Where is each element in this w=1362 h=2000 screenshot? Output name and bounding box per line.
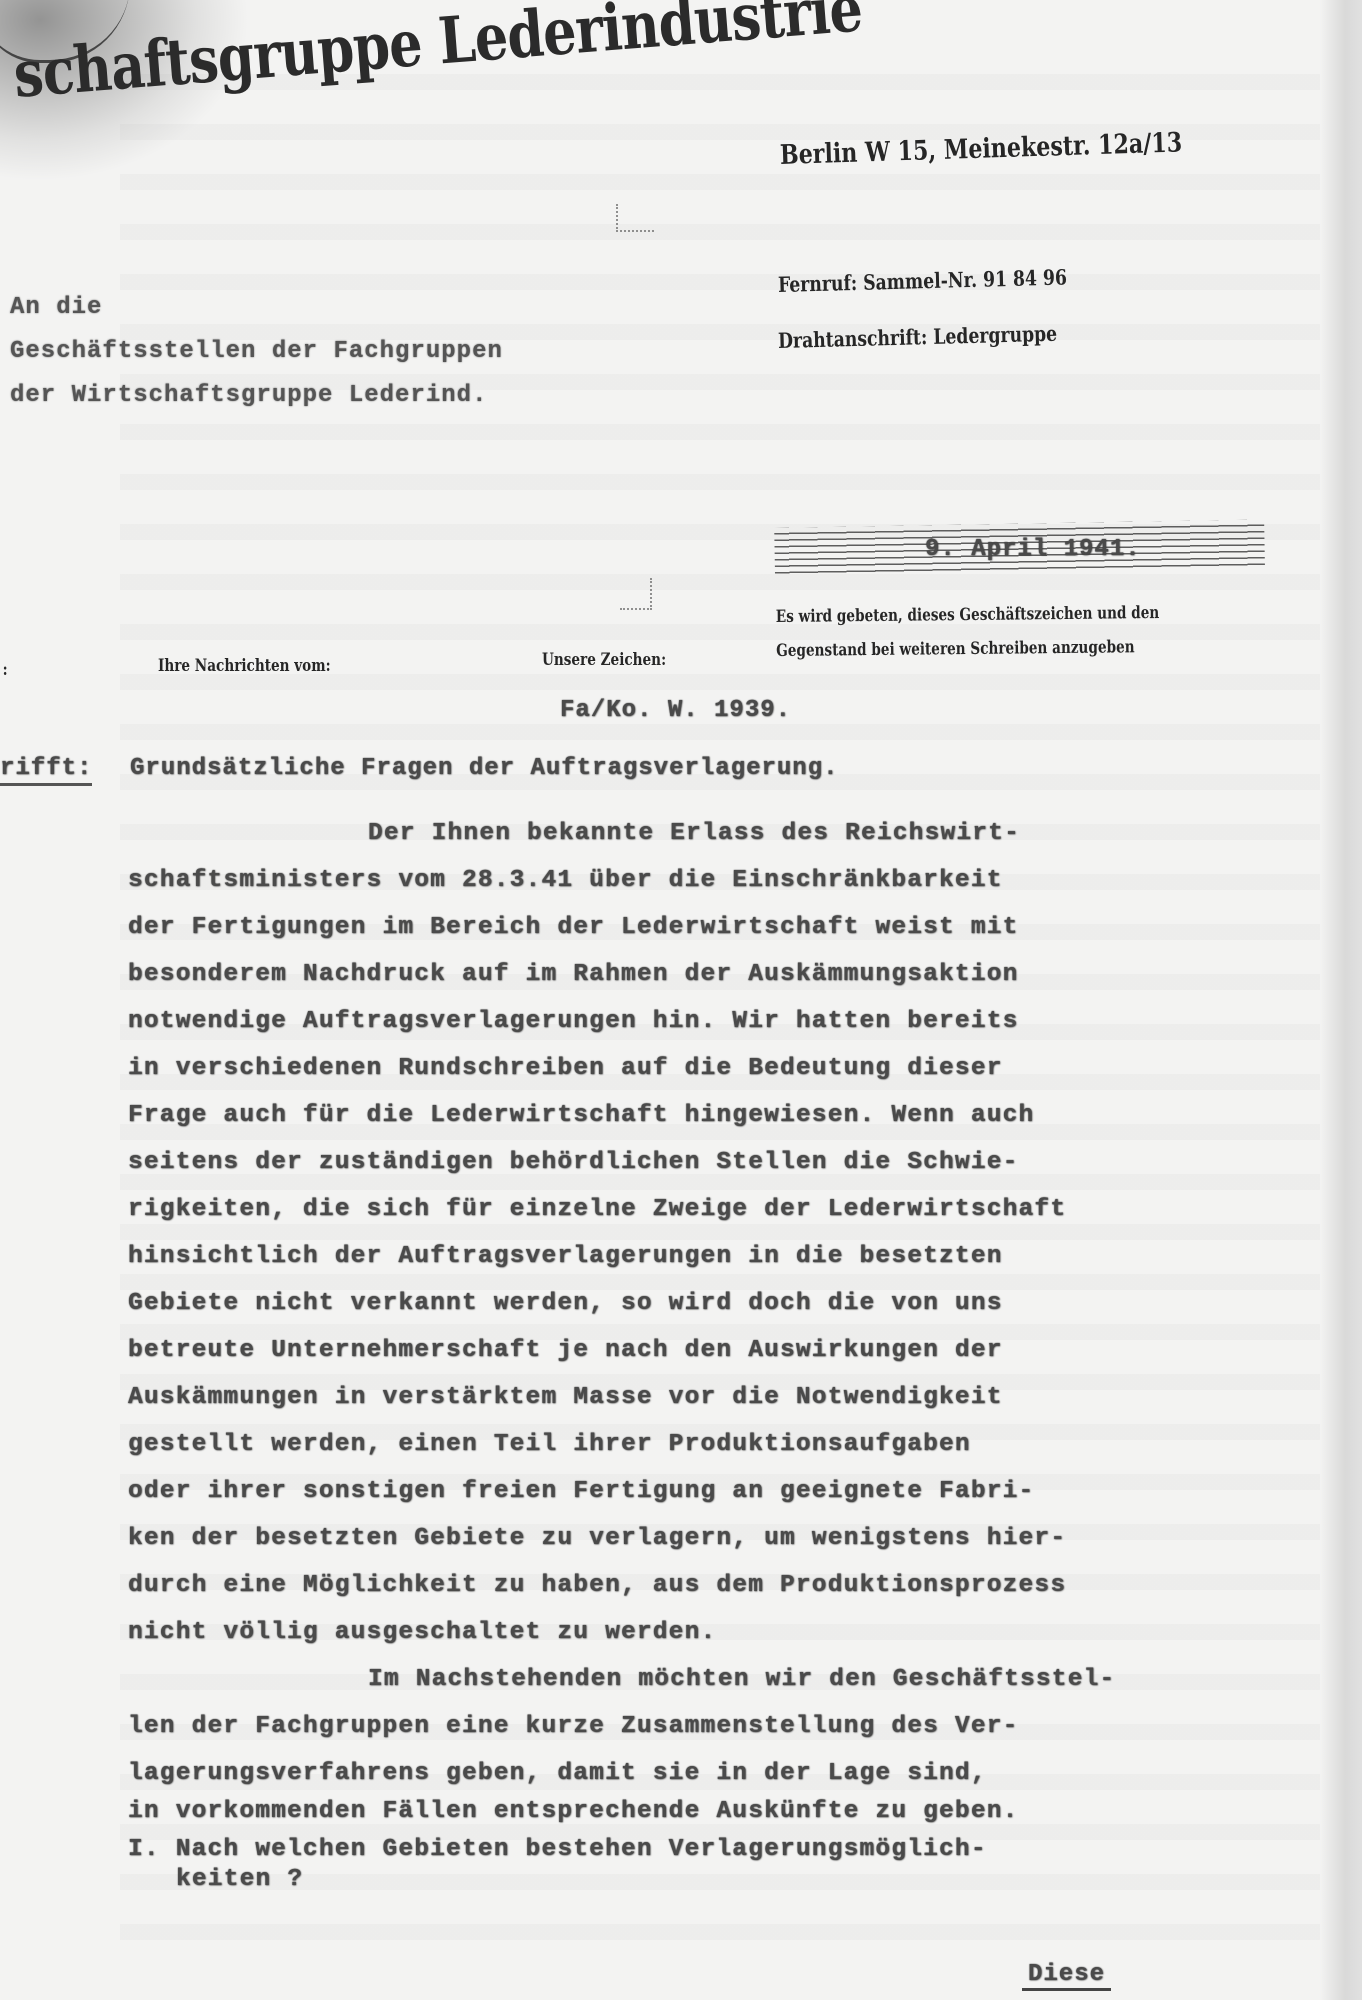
your-messages-label: Ihre Nachrichten vom: [158, 656, 331, 676]
body-line: in verschiedenen Rundschreiben auf die B… [128, 1045, 1328, 1092]
recipient-line: der Wirtschaftsgruppe Lederind. [10, 374, 503, 418]
letterhead-address: Berlin W 15, Meinekestr. 12a/13 [780, 127, 1183, 171]
recipient-line: An die [10, 286, 503, 330]
date-block: 9. April 1941. [775, 528, 1265, 578]
our-reference-value: Fa/Ko. W. 1939. [560, 697, 791, 724]
body-line: Der Ihnen bekannte Erlass des Reichswirt… [128, 810, 1328, 857]
body-line: Auskämmungen in verstärktem Masse vor di… [128, 1374, 1328, 1421]
body-line: Frage auch für die Lederwirtschaft hinge… [128, 1092, 1328, 1139]
letter-body: Der Ihnen bekannte Erlass des Reichswirt… [128, 810, 1328, 1903]
reference-instruction-line: Es wird gebeten, dieses Geschäftszeichen… [776, 596, 1160, 634]
body-line: nicht völlig ausgeschaltet zu werden. [128, 1609, 1328, 1656]
body-line: schaftsministers vom 28.3.41 über die Ei… [128, 857, 1328, 904]
recipient-block: An die Geschäftsstellen der Fachgruppen … [10, 286, 503, 418]
our-reference-label: Unsere Zeichen: [542, 650, 666, 670]
document-page: schaftsgruppe Lederindustrie Berlin W 15… [0, 0, 1362, 2000]
body-line: Im Nachstehenden möchten wir den Geschäf… [128, 1656, 1328, 1703]
body-line: durch eine Möglichkeit zu haben, aus dem… [128, 1562, 1328, 1609]
body-line: ken der besetzten Gebiete zu verlagern, … [128, 1515, 1328, 1562]
truncated-label-colon: : [3, 660, 8, 680]
fold-mark-middle [620, 578, 652, 610]
body-line: oder ihrer sonstigen freien Fertigung an… [128, 1468, 1328, 1515]
section-heading: I. Nach welchen Gebieten bestehen Verlag… [128, 1826, 1328, 1856]
reference-instruction-line: Gegenstand bei weiteren Schreiben anzuge… [776, 630, 1160, 668]
subject-text: Grundsätzliche Fragen der Auftragsverlag… [130, 755, 839, 783]
body-line: gestellt werden, einen Teil ihrer Produk… [128, 1421, 1328, 1468]
body-line: seitens der zuständigen behördlichen Ste… [128, 1139, 1328, 1186]
body-line: besonderem Nachdruck auf im Rahmen der A… [128, 951, 1328, 998]
body-line: rigkeiten, die sich für einzelne Zweige … [128, 1186, 1328, 1233]
fold-mark-top [616, 204, 654, 232]
recipient-line: Geschäftsstellen der Fachgruppen [10, 330, 503, 374]
section-heading-continuation: keiten ? [128, 1856, 1328, 1903]
body-line: in vorkommenden Fällen entsprechende Aus… [128, 1788, 1328, 1826]
subject-label: rifft: [0, 755, 92, 786]
letterhead-phone: Fernruf: Sammel-Nr. 91 84 96 [778, 264, 1068, 297]
letterhead-organization: schaftsgruppe Lederindustrie [11, 0, 865, 113]
body-line: lagerungsverfahrens geben, damit sie in … [128, 1750, 1328, 1788]
body-line: notwendige Auftragsverlagerungen hin. Wi… [128, 998, 1328, 1045]
body-line: der Fertigungen im Bereich der Lederwirt… [128, 904, 1328, 951]
body-line: Gebiete nicht verkannt werden, so wird d… [128, 1280, 1328, 1327]
reference-instruction: Es wird gebeten, dieses Geschäftszeichen… [776, 596, 1160, 668]
body-line: len der Fachgruppen eine kurze Zusammens… [128, 1703, 1328, 1750]
letterhead-telegram: Drahtanschrift: Ledergruppe [778, 321, 1058, 353]
page-continuation-word: Diese [1022, 1962, 1111, 1991]
body-line: hinsichtlich der Auftragsverlagerungen i… [128, 1233, 1328, 1280]
letter-date: 9. April 1941. [925, 536, 1141, 563]
body-line: betreute Unternehmerschaft je nach den A… [128, 1327, 1328, 1374]
